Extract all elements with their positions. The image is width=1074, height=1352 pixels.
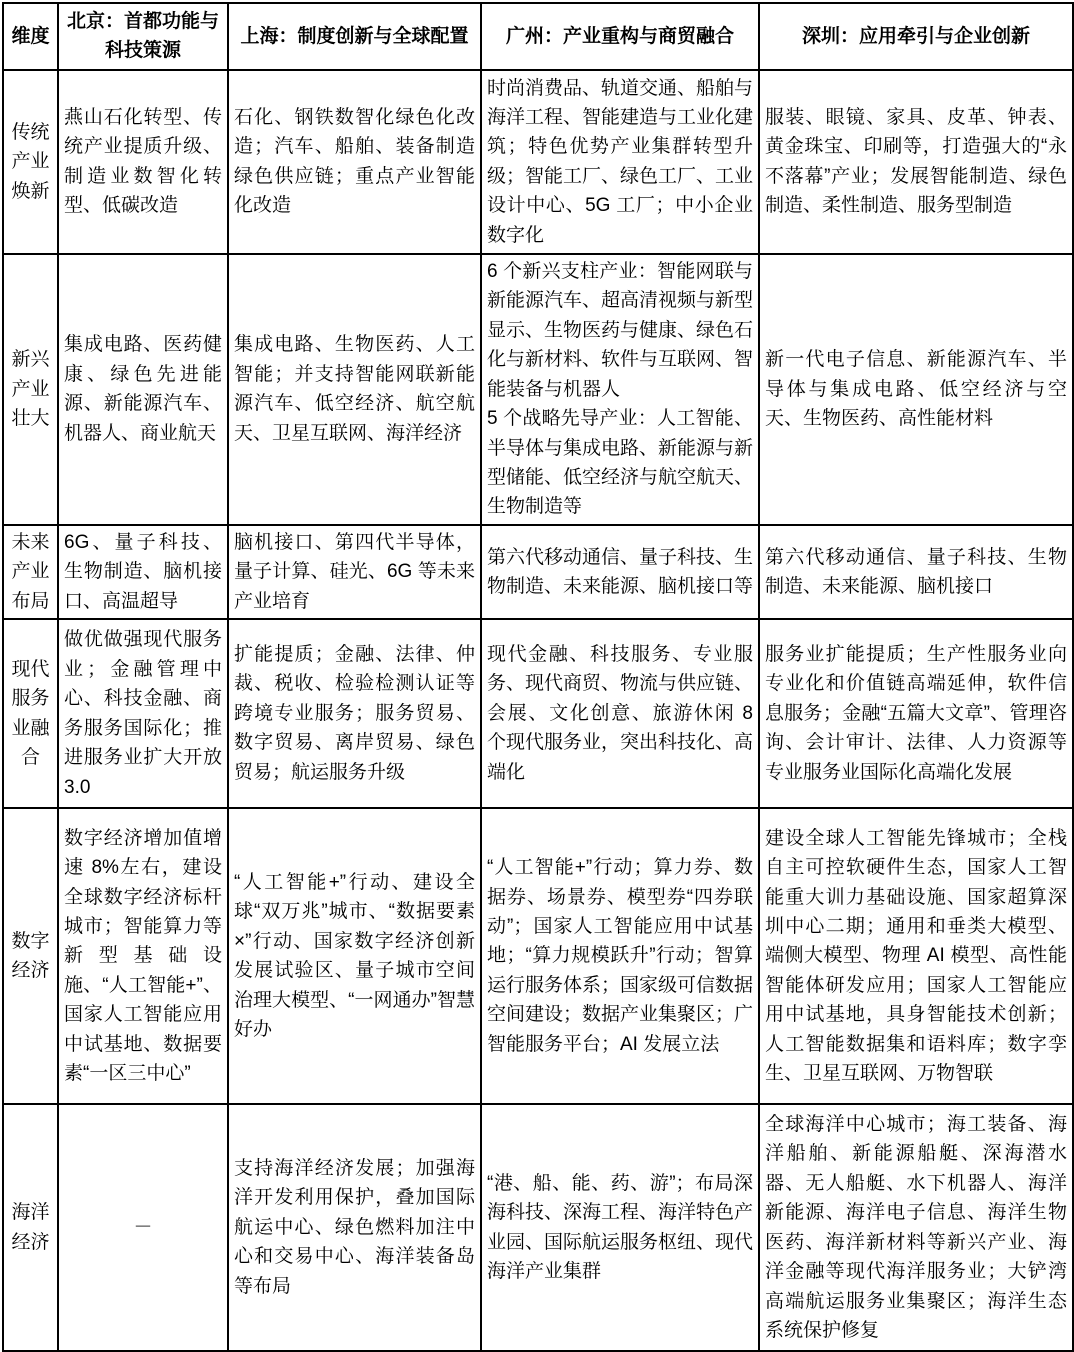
cell-shenzhen: 全球海洋中心城市；海工装备、海洋船舶、新能源船艇、深海潜水器、无人船艇、水下机器…	[759, 1104, 1073, 1351]
cell-shanghai: 集成电路、生物医药、人工智能；并支持智能网联新能源汽车、低空经济、航空航天、卫星…	[228, 254, 481, 525]
cell-shanghai: 支持海洋经济发展；加强海洋开发利用保护，叠加国际航运中心、绿色燃料加注中心和交易…	[228, 1104, 481, 1351]
row-dimension-label: 传统产业焕新	[3, 70, 58, 254]
cell-guangzhou: 第六代移动通信、量子科技、生物制造、未来能源、脑机接口等	[481, 525, 759, 619]
header-cell-guangzhou: 广州：产业重构与商贸融合	[481, 3, 759, 70]
header-cell-shenzhen: 深圳：应用牵引与企业创新	[759, 3, 1073, 70]
cell-beijing: 集成电路、医药健康、绿色先进能源、新能源汽车、机器人、商业航天	[58, 254, 228, 525]
header-cell-dimension: 维度	[3, 3, 58, 70]
table-row: 现代服务业融合 做优做强现代服务业；金融管理中心、科技金融、商务服务国际化；推进…	[3, 619, 1073, 808]
city-industry-comparison-table: 维度 北京：首都功能与科技策源 上海：制度创新与全球配置 广州：产业重构与商贸融…	[2, 2, 1074, 1352]
cell-beijing: 做优做强现代服务业；金融管理中心、科技金融、商务服务国际化；推进服务业扩大开放 …	[58, 619, 228, 808]
cell-shenzhen: 服务业扩能提质；生产性服务业向专业化和价值链高端延伸，软件信息服务；金融“五篇大…	[759, 619, 1073, 808]
table-row: 传统产业焕新 燕山石化转型、传统产业提质升级、制造业数智化转型、低碳改造 石化、…	[3, 70, 1073, 254]
cell-shenzhen: 建设全球人工智能先锋城市；全栈自主可控软硬件生态，国家人工智能重大训力基础设施、…	[759, 808, 1073, 1104]
document-page: 维度 北京：首都功能与科技策源 上海：制度创新与全球配置 广州：产业重构与商贸融…	[0, 0, 1074, 1335]
table-row: 未来产业布局 6G、量子科技、生物制造、脑机接口、高温超导 脑机接口、第四代半导…	[3, 525, 1073, 619]
row-dimension-label: 数字经济	[3, 808, 58, 1104]
cell-shenzhen: 服装、眼镜、家具、皮革、钟表、黄金珠宝、印刷等，打造强大的“永不落幕”产业；发展…	[759, 70, 1073, 254]
cell-shanghai: 脑机接口、第四代半导体，量子计算、硅光、6G 等未来产业培育	[228, 525, 481, 619]
cell-beijing: 6G、量子科技、生物制造、脑机接口、高温超导	[58, 525, 228, 619]
cell-guangzhou: “人工智能+”行动；算力券、数据券、场景券、模型券“四券联动”；国家人工智能应用…	[481, 808, 759, 1104]
row-dimension-label: 海洋经济	[3, 1104, 58, 1351]
table-row: 海洋经济 － 支持海洋经济发展；加强海洋开发利用保护，叠加国际航运中心、绿色燃料…	[3, 1104, 1073, 1351]
cell-beijing: 燕山石化转型、传统产业提质升级、制造业数智化转型、低碳改造	[58, 70, 228, 254]
cell-shenzhen: 第六代移动通信、量子科技、生物制造、未来能源、脑机接口	[759, 525, 1073, 619]
header-row: 维度 北京：首都功能与科技策源 上海：制度创新与全球配置 广州：产业重构与商贸融…	[3, 3, 1073, 70]
cell-beijing: 数字经济增加值增速 8%左右，建设全球数字经济标杆城市；智能算力等新型基础设施、…	[58, 808, 228, 1104]
row-dimension-label: 新兴产业壮大	[3, 254, 58, 525]
cell-guangzhou: 现代金融、科技服务、专业服务、现代商贸、物流与供应链、会展、文化创意、旅游休闲 …	[481, 619, 759, 808]
cell-beijing-empty-dash: －	[58, 1104, 228, 1351]
cell-guangzhou: 时尚消费品、轨道交通、船舶与海洋工程、智能建造与工业化建筑；特色优势产业集群转型…	[481, 70, 759, 254]
cell-guangzhou: “港、船、能、药、游”；布局深海科技、深海工程、海洋特色产业园、国际航运服务枢纽…	[481, 1104, 759, 1351]
header-cell-shanghai: 上海：制度创新与全球配置	[228, 3, 481, 70]
cell-shanghai: “人工智能+”行动、建设全球“双万兆”城市、“数据要素×”行动、国家数字经济创新…	[228, 808, 481, 1104]
row-dimension-label: 未来产业布局	[3, 525, 58, 619]
table-row: 新兴产业壮大 集成电路、医药健康、绿色先进能源、新能源汽车、机器人、商业航天 集…	[3, 254, 1073, 525]
cell-shanghai: 扩能提质；金融、法律、仲裁、税收、检验检测认证等跨境专业服务；服务贸易、数字贸易…	[228, 619, 481, 808]
cell-shanghai: 石化、钢铁数智化绿色化改造；汽车、船舶、装备制造绿色供应链；重点产业智能化改造	[228, 70, 481, 254]
row-dimension-label: 现代服务业融合	[3, 619, 58, 808]
table-row: 数字经济 数字经济增加值增速 8%左右，建设全球数字经济标杆城市；智能算力等新型…	[3, 808, 1073, 1104]
header-cell-beijing: 北京：首都功能与科技策源	[58, 3, 228, 70]
cell-guangzhou: 6 个新兴支柱产业：智能网联与新能源汽车、超高清视频与新型显示、生物医药与健康、…	[481, 254, 759, 525]
cell-shenzhen: 新一代电子信息、新能源汽车、半导体与集成电路、低空经济与空天、生物医药、高性能材…	[759, 254, 1073, 525]
